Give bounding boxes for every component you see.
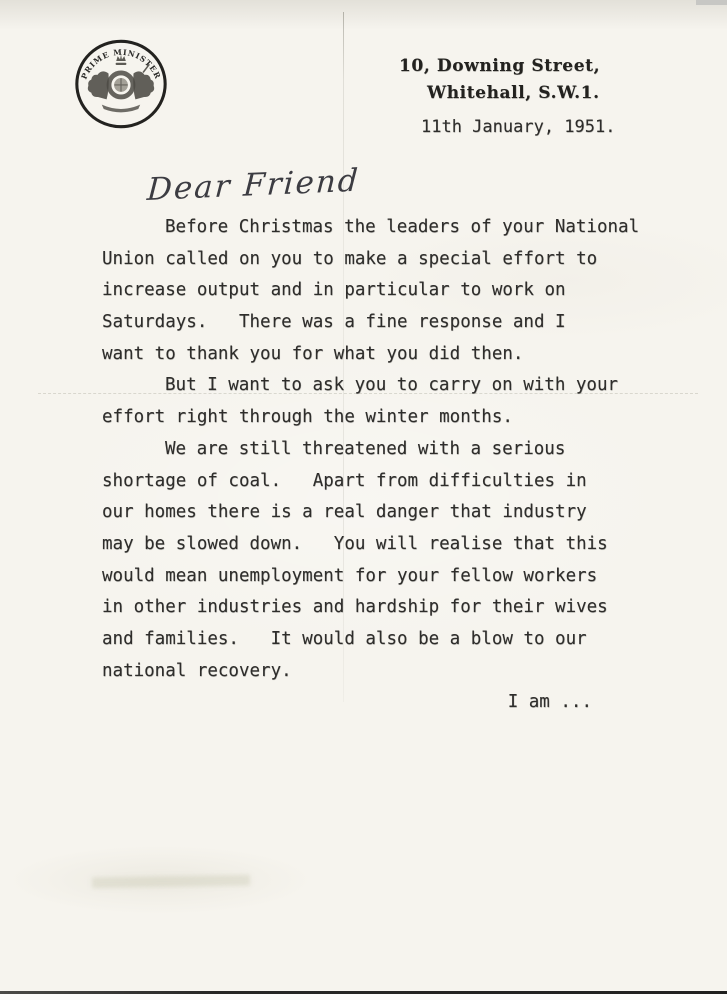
letter-line: increase output and in particular to wor… [102, 275, 622, 307]
letter-line: our homes there is a real danger that in… [102, 497, 622, 529]
letter-line: and families. It would also be a blow to… [102, 624, 622, 656]
letterhead-address-line2: Whitehall, S.W.1. [427, 83, 600, 103]
letter-line: national recovery. [102, 656, 622, 688]
letter-line: Saturdays. There was a fine response and… [102, 307, 622, 339]
letter-body: Before Christmas the leaders of your Nat… [102, 212, 622, 719]
letter-line: But I want to ask you to carry on with y… [102, 370, 622, 402]
scan-smudge [92, 875, 250, 889]
letter-line: in other industries and hardship for the… [102, 592, 622, 624]
letter-closing: I am ... [102, 687, 622, 719]
letter-page: PRIME MINISTER 10, Downing Street, White… [0, 0, 727, 1000]
letter-line: want to thank you for what you did then. [102, 339, 622, 371]
prime-minister-seal-icon: PRIME MINISTER [72, 36, 170, 132]
letter-line: may be slowed down. You will realise tha… [102, 529, 622, 561]
fold-crease-vertical [343, 12, 344, 702]
salutation-handwritten: Dear Friend [146, 163, 361, 208]
letter-line: Union called on you to make a special ef… [102, 244, 622, 276]
letter-line: We are still threatened with a serious [102, 434, 622, 466]
letterhead-address-line1: 10, Downing Street, [399, 56, 600, 76]
scan-background-strip [0, 994, 727, 1000]
letter-line: would mean unemployment for your fellow … [102, 561, 622, 593]
letter-line: shortage of coal. Apart from difficultie… [102, 466, 622, 498]
letter-date: 11th January, 1951. [421, 117, 615, 137]
scan-corner-mark [696, 0, 727, 5]
letter-line: Before Christmas the leaders of your Nat… [102, 212, 622, 244]
fold-crease-horizontal [38, 393, 698, 394]
letter-line: effort right through the winter months. [102, 402, 622, 434]
